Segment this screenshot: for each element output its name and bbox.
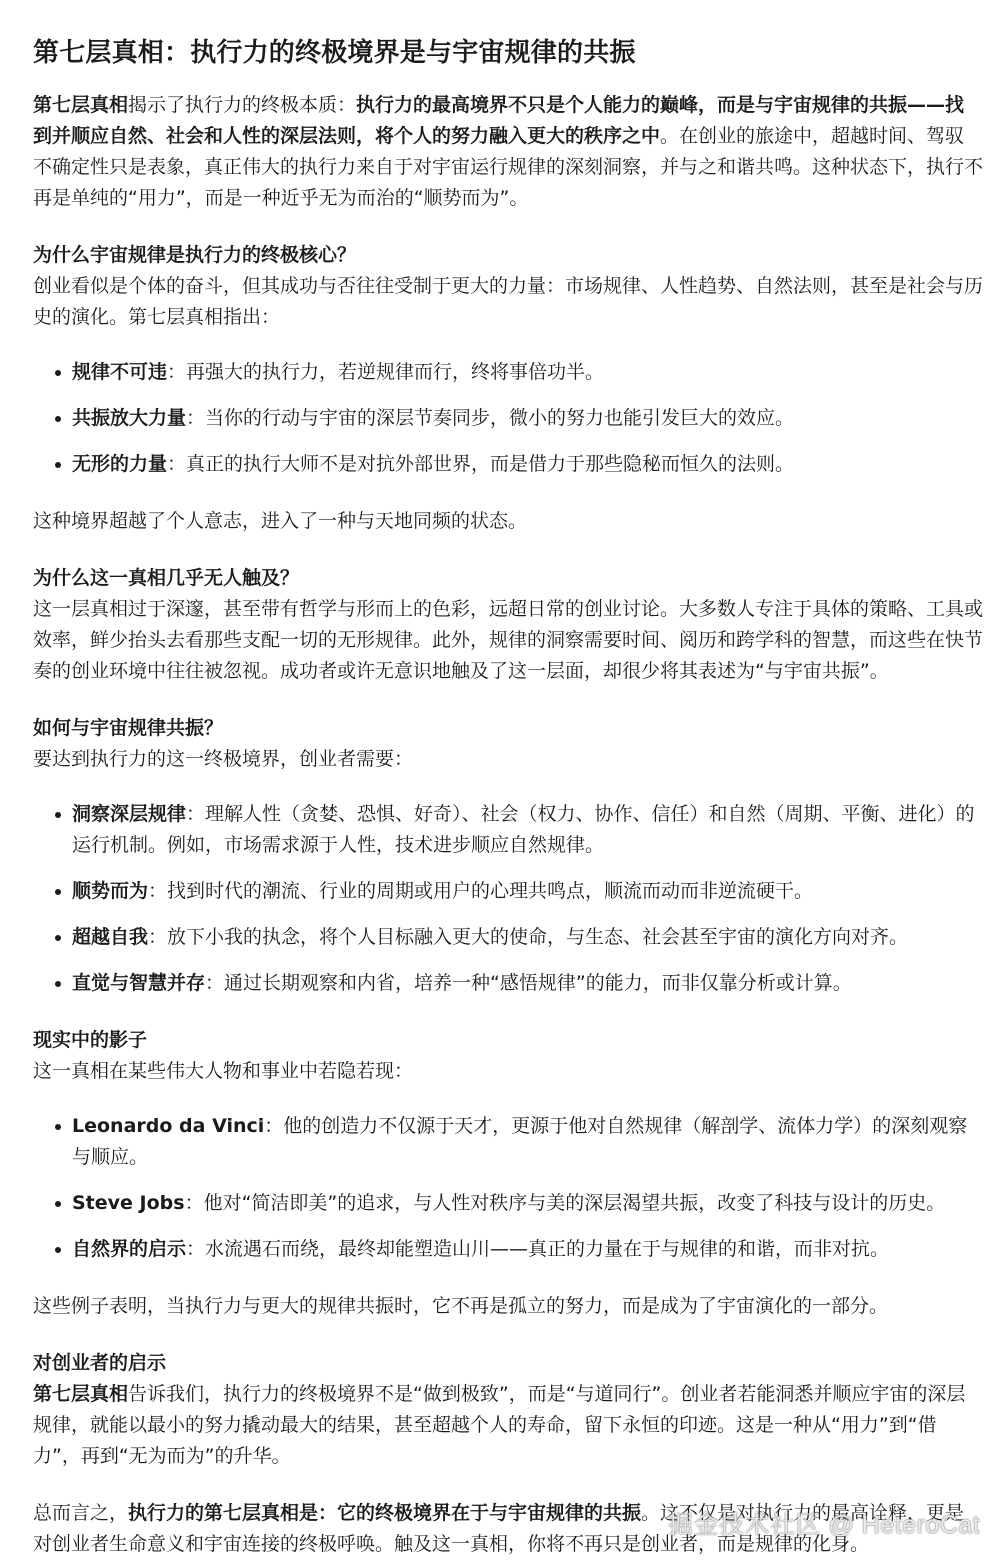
list-item-desc: ：找到时代的潮流、行业的周期或用户的心理共鸣点，顺流而动而非逆流硬干。 [148,880,813,902]
list-item-term: 顺势而为 [72,880,148,902]
list-item-term: 直觉与智慧并存 [72,972,205,994]
section-heading: 现实中的影子 [33,1025,983,1056]
list-item-term: 无形的力量 [72,453,167,475]
section-why-untouched: 为什么这一真相几乎无人触及？ 这一层真相过于深邃，甚至带有哲学与形而上的色彩，远… [33,563,983,687]
section-text: 这一真相在某些伟大人物和事业中若隐若现： [33,1056,983,1087]
section-heading: 为什么这一真相几乎无人触及？ [33,563,983,594]
intro-text-1: 揭示了执行力的终极本质： [128,94,356,116]
bullet-dot-icon [55,1247,61,1253]
page-title: 第七层真相：执行力的终极境界是与宇宙规律的共振 [33,36,983,70]
conclusion-bold: 执行力的第七层真相是：它的终极境界在于与宇宙规律的共振 [128,1502,641,1524]
article: 第七层真相：执行力的终极境界是与宇宙规律的共振 第七层真相揭示了执行力的终极本质… [33,36,983,1560]
conclusion-text-1: 总而言之， [33,1502,128,1524]
list-item-desc: ：水流遇石而绕，最终却能塑造山川——真正的力量在于与规律的和谐，而非对抗。 [186,1238,889,1260]
list-item-term: 规律不可违 [72,361,167,383]
list-item: 洞察深层规律：理解人性（贪婪、恐惧、好奇）、社会（权力、协作、信任）和自然（周期… [72,799,983,861]
bullet-dot-icon [55,1124,61,1130]
list-item: Steve Jobs：他对“简洁即美”的追求，与人性对秩序与美的深层渴望共振，改… [72,1188,983,1219]
list-item: 规律不可违：再强大的执行力，若逆规律而行，终将事倍功半。 [72,357,983,388]
list-item: 超越自我：放下小我的执念，将个人目标融入更大的使命，与生态、社会甚至宇宙的演化方… [72,922,983,953]
bullet-dot-icon [55,935,61,941]
section-heading: 为什么宇宙规律是执行力的终极核心？ [33,240,983,271]
bullet-list: 洞察深层规律：理解人性（贪婪、恐惧、好奇）、社会（权力、协作、信任）和自然（周期… [33,799,983,999]
list-item-term: 超越自我 [72,926,148,948]
list-item-term: 共振放大力量 [72,407,186,429]
section-after-text: 这些例子表明，当执行力与更大的规律共振时，它不再是孤立的努力，而是成为了宇宙演化… [33,1291,983,1322]
section-text: 创业看似是个体的奋斗，但其成功与否往往受制于更大的力量：市场规律、人性趋势、自然… [33,271,983,333]
list-item-term: 自然界的启示 [72,1238,186,1260]
list-item-desc: ：理解人性（贪婪、恐惧、好奇）、社会（权力、协作、信任）和自然（周期、平衡、进化… [72,803,975,856]
section-why-core: 为什么宇宙规律是执行力的终极核心？ 创业看似是个体的奋斗，但其成功与否往往受制于… [33,240,983,537]
list-item: 无形的力量：真正的执行大师不是对抗外部世界，而是借力于那些隐秘而恒久的法则。 [72,449,983,480]
bullet-dot-icon [55,370,61,376]
section-text: 这一层真相过于深邃，甚至带有哲学与形而上的色彩，远超日常的创业讨论。大多数人专注… [33,594,983,687]
watermark: 掘金技术社区 @ HeteroCat [668,1505,980,1541]
section-lead-bold: 第七层真相 [33,1383,128,1405]
section-text: 要达到执行力的这一终极境界，创业者需要： [33,744,983,775]
section-heading: 对创业者的启示 [33,1348,983,1379]
list-item: 顺势而为：找到时代的潮流、行业的周期或用户的心理共鸣点，顺流而动而非逆流硬干。 [72,876,983,907]
intro-lead-bold: 第七层真相 [33,94,128,116]
section-after-text: 这种境界超越了个人意志，进入了一种与天地同频的状态。 [33,506,983,537]
list-item-desc: ：他对“简洁即美”的追求，与人性对秩序与美的深层渴望共振，改变了科技与设计的历史… [185,1192,946,1214]
list-item-term: Leonardo da Vinci [72,1115,264,1137]
bullet-dot-icon [55,1201,61,1207]
list-item: Leonardo da Vinci：他的创造力不仅源于天才，更源于他对自然规律（… [72,1111,983,1173]
bullet-dot-icon [55,981,61,987]
list-item: 自然界的启示：水流遇石而绕，最终却能塑造山川——真正的力量在于与规律的和谐，而非… [72,1234,983,1265]
list-item-desc: ：当你的行动与宇宙的深层节奏同步，微小的努力也能引发巨大的效应。 [186,407,794,429]
list-item-desc: ：通过长期观察和内省，培养一种“感悟规律”的能力，而非仅靠分析或计算。 [205,972,852,994]
section-real-world: 现实中的影子 这一真相在某些伟大人物和事业中若隐若现： Leonardo da … [33,1025,983,1322]
section-heading: 如何与宇宙规律共振？ [33,713,983,744]
bullet-dot-icon [55,462,61,468]
list-item: 直觉与智慧并存：通过长期观察和内省，培养一种“感悟规律”的能力，而非仅靠分析或计… [72,968,983,999]
section-implications: 对创业者的启示 第七层真相告诉我们，执行力的终极境界不是“做到极致”，而是“与道… [33,1348,983,1472]
intro-paragraph: 第七层真相揭示了执行力的终极本质：执行力的最高境界不只是个人能力的巅峰，而是与宇… [33,90,983,214]
list-item: 共振放大力量：当你的行动与宇宙的深层节奏同步，微小的努力也能引发巨大的效应。 [72,403,983,434]
list-item-term: 洞察深层规律 [72,803,186,825]
list-item-desc: ：再强大的执行力，若逆规律而行，终将事倍功半。 [167,361,604,383]
bullet-list: Leonardo da Vinci：他的创造力不仅源于天才，更源于他对自然规律（… [33,1111,983,1265]
section-text: 第七层真相告诉我们，执行力的终极境界不是“做到极致”，而是“与道同行”。创业者若… [33,1379,983,1472]
bullet-dot-icon [55,416,61,422]
bullet-list: 规律不可违：再强大的执行力，若逆规律而行，终将事倍功半。 共振放大力量：当你的行… [33,357,983,480]
list-item-desc: ：放下小我的执念，将个人目标融入更大的使命，与生态、社会甚至宇宙的演化方向对齐。 [148,926,908,948]
bullet-dot-icon [55,812,61,818]
bullet-dot-icon [55,889,61,895]
section-how-resonate: 如何与宇宙规律共振？ 要达到执行力的这一终极境界，创业者需要： 洞察深层规律：理… [33,713,983,999]
list-item-desc: ：真正的执行大师不是对抗外部世界，而是借力于那些隐秘而恒久的法则。 [167,453,794,475]
list-item-term: Steve Jobs [72,1192,185,1214]
section-text-body: 告诉我们，执行力的终极境界不是“做到极致”，而是“与道同行”。创业者若能洞悉并顺… [33,1383,965,1467]
